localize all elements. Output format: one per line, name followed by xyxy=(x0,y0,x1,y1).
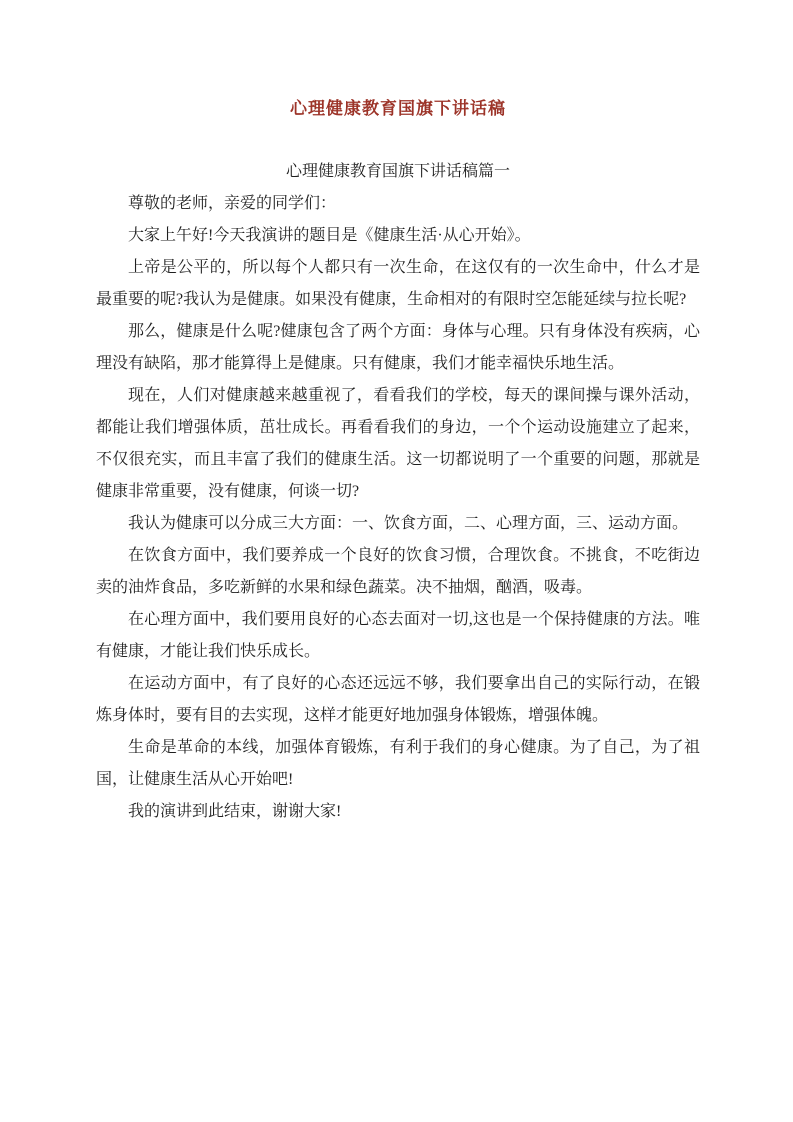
paragraph: 生命是革命的本线，加强体育锻炼，有利于我们的身心健康。为了自己，为了祖国，让健康… xyxy=(96,732,700,796)
paragraph: 在运动方面中，有了良好的心态还远远不够，我们要拿出自己的实际行动，在锻炼身体时，… xyxy=(96,668,700,732)
paragraph: 那么，健康是什么呢?健康包含了两个方面：身体与心理。只有身体没有疾病，心理没有缺… xyxy=(96,316,700,380)
paragraph: 上帝是公平的，所以每个人都只有一次生命，在这仅有的一次生命中，什么才是最重要的呢… xyxy=(96,252,700,316)
paragraph: 尊敬的老师，亲爱的同学们： xyxy=(96,188,700,220)
section-heading: 心理健康教育国旗下讲话稿篇一 xyxy=(96,156,700,188)
paragraph: 大家上午好!今天我演讲的题目是《健康生活·从心开始》。 xyxy=(96,220,700,252)
document-body: 尊敬的老师，亲爱的同学们： 大家上午好!今天我演讲的题目是《健康生活·从心开始》… xyxy=(96,188,700,828)
document-title: 心理健康教育国旗下讲话稿 xyxy=(96,98,700,120)
paragraph: 现在，人们对健康越来越重视了，看看我们的学校，每天的课间操与课外活动，都能让我们… xyxy=(96,380,700,508)
paragraph: 在饮食方面中，我们要养成一个良好的饮食习惯，合理饮食。不挑食，不吃街边卖的油炸食… xyxy=(96,540,700,604)
paragraph: 我认为健康可以分成三大方面：一、饮食方面，二、心理方面，三、运动方面。 xyxy=(96,508,700,540)
paragraph: 我的演讲到此结束，谢谢大家! xyxy=(96,796,700,828)
document-page: 心理健康教育国旗下讲话稿 心理健康教育国旗下讲话稿篇一 尊敬的老师，亲爱的同学们… xyxy=(0,0,793,1122)
paragraph: 在心理方面中，我们要用良好的心态去面对一切,这也是一个保持健康的方法。唯有健康，… xyxy=(96,604,700,668)
